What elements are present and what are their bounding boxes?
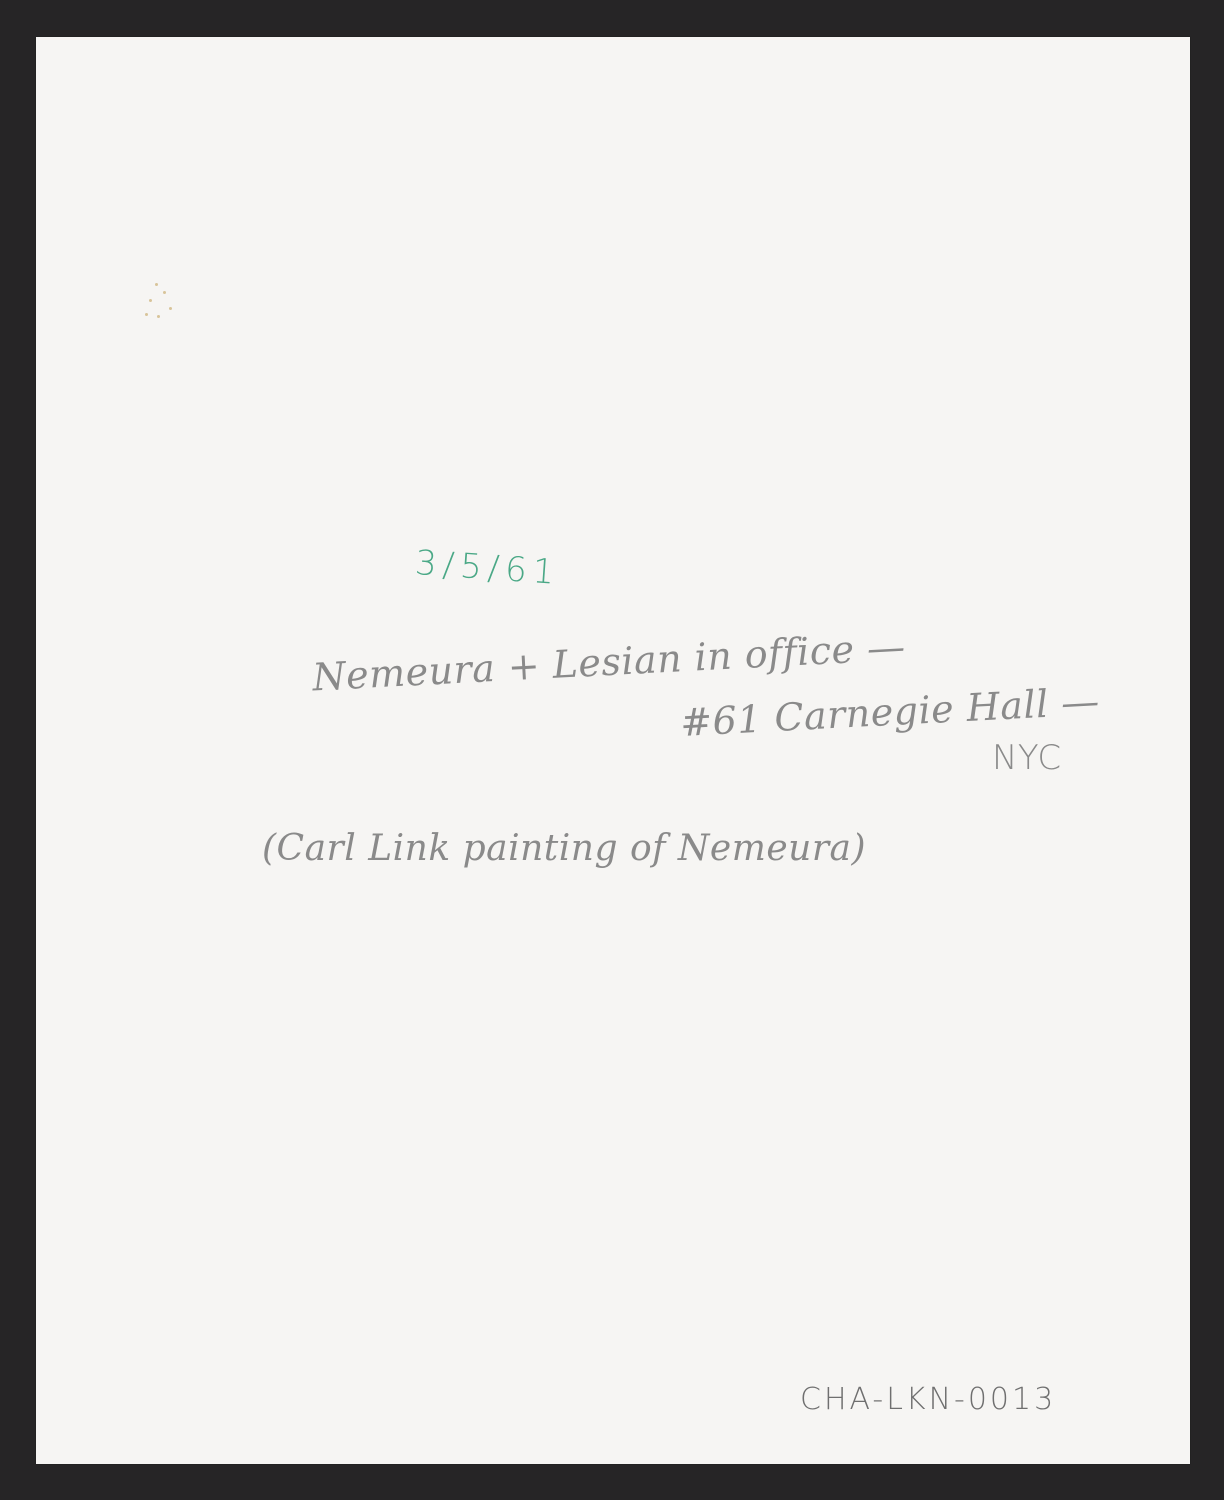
foxing-spots	[141, 277, 181, 337]
handwritten-description-line-3: NYC	[992, 738, 1062, 778]
handwritten-caption: (Carl Link painting of Nemeura)	[262, 828, 866, 869]
catalog-number: CHA-LKN-0013	[800, 1382, 1056, 1417]
